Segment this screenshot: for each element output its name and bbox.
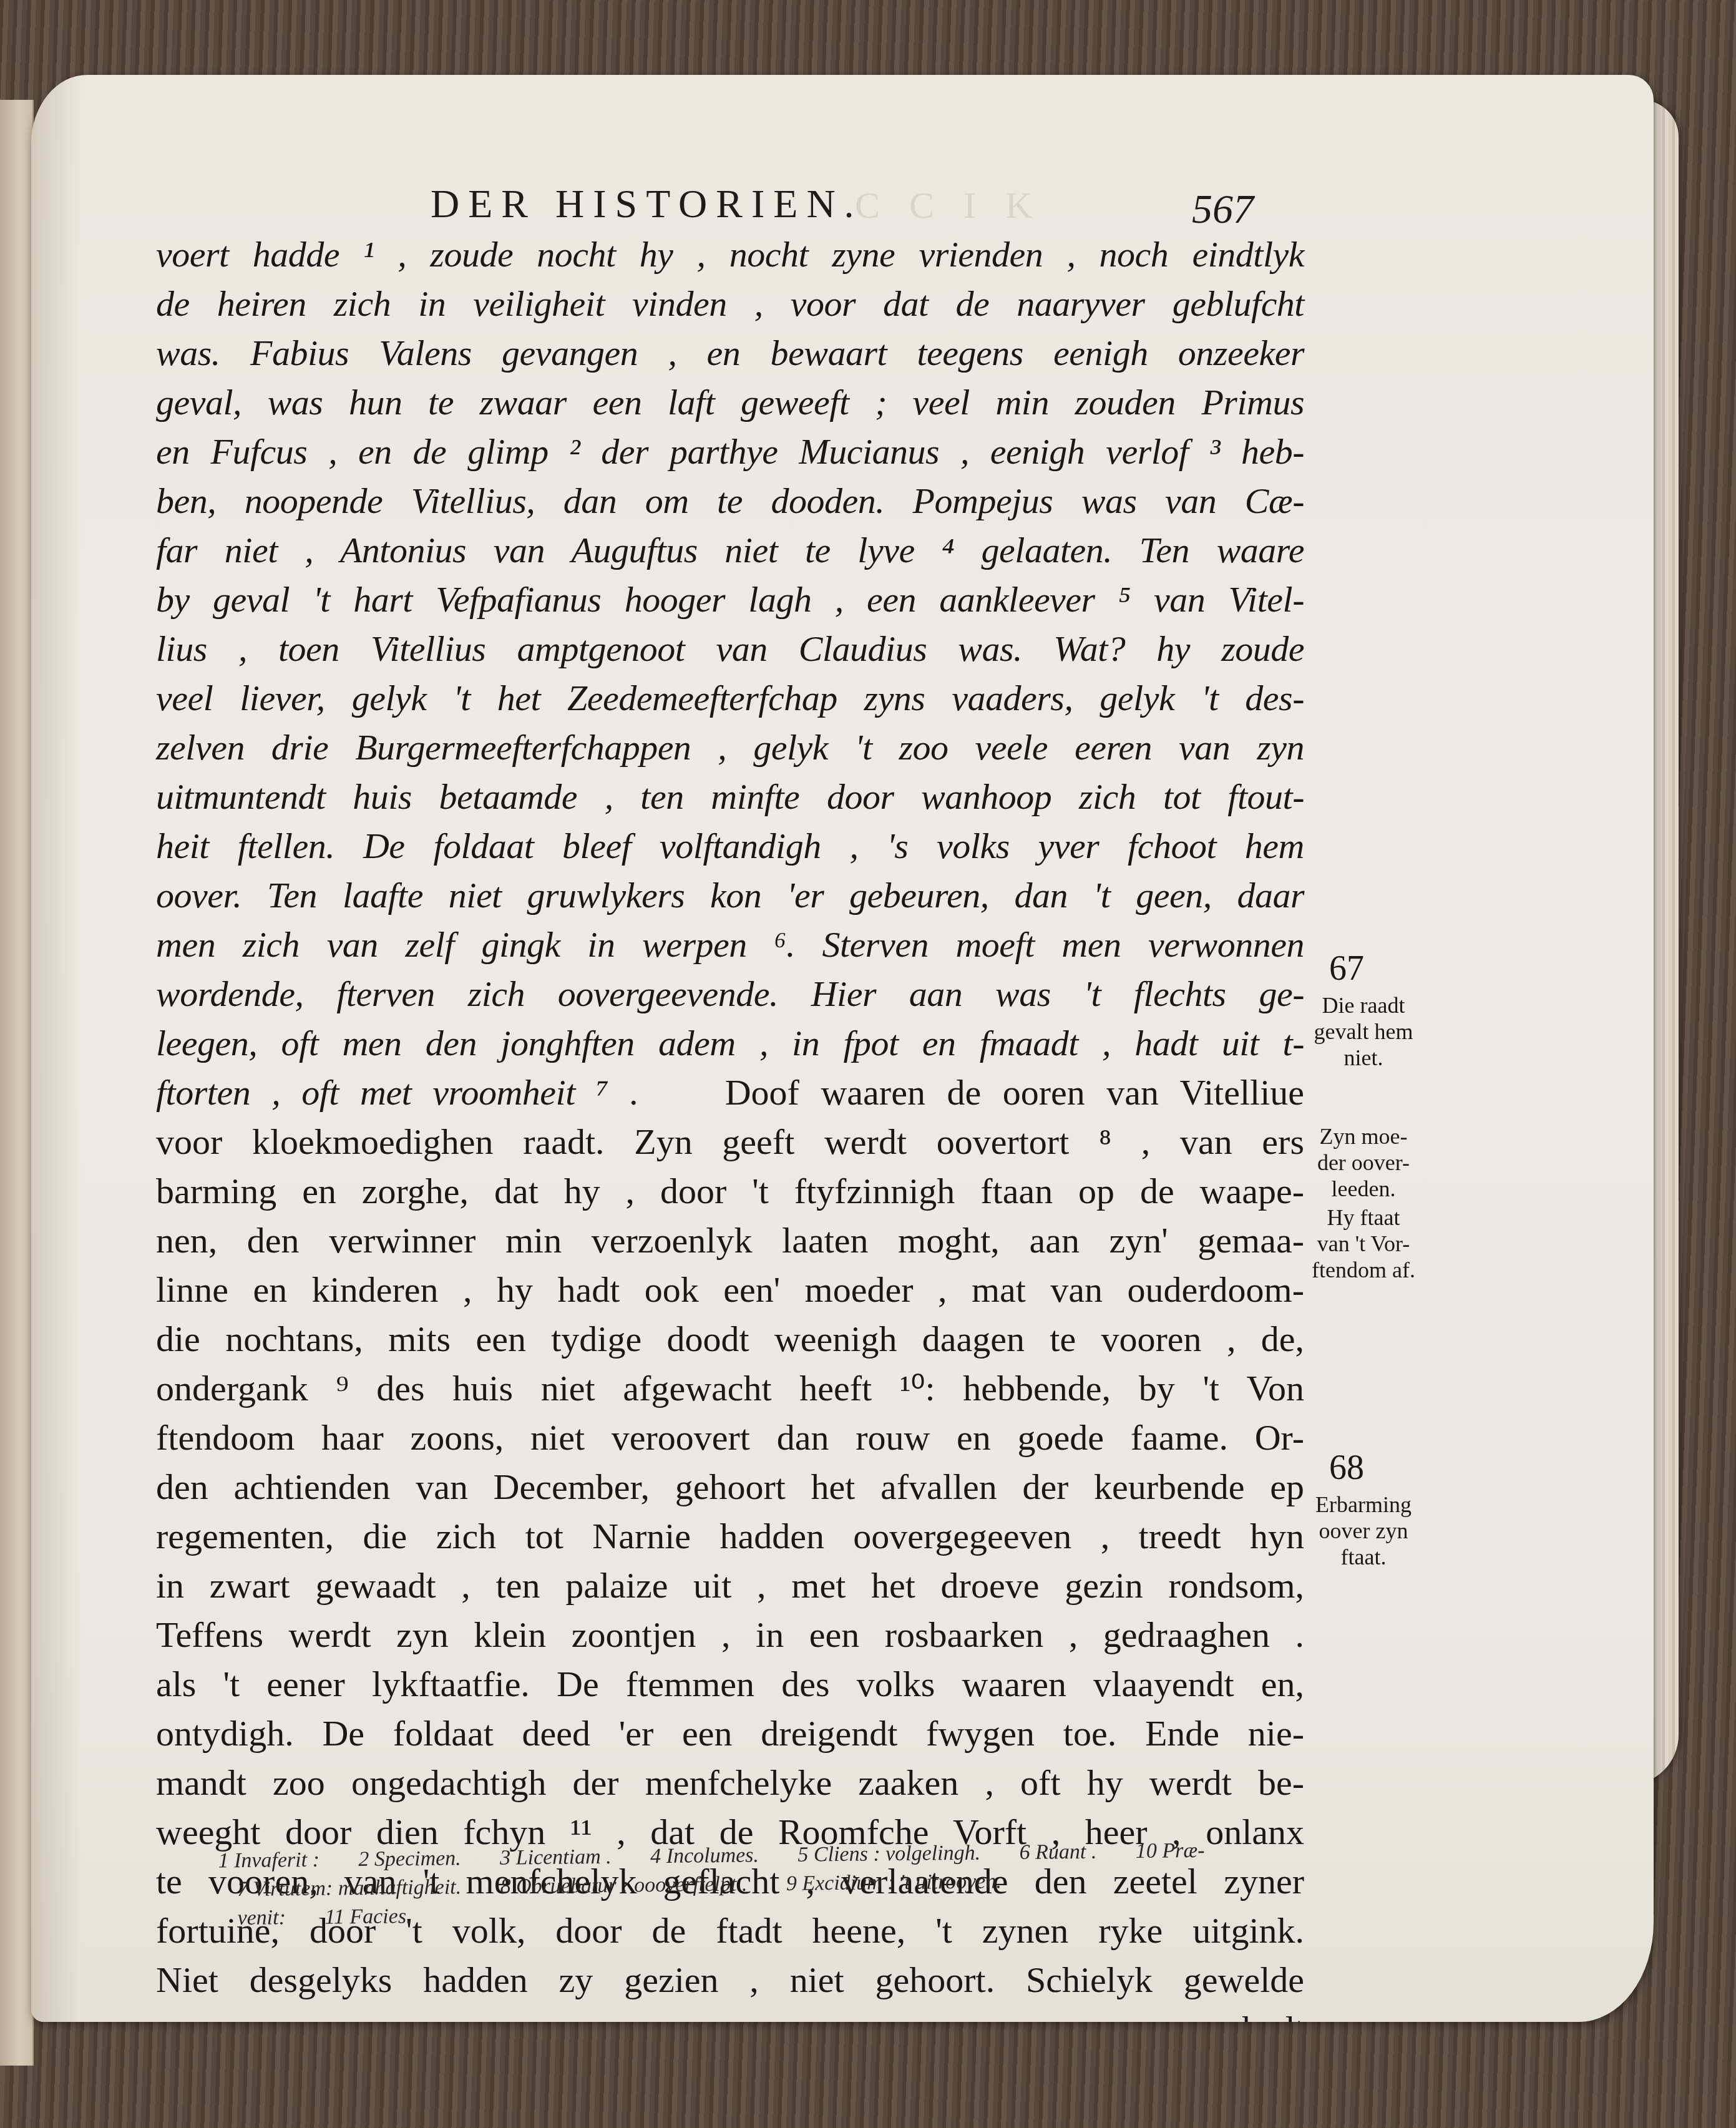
text-line: voor kloekmoedighen raadt. Zyn geeft wer…	[156, 1117, 1304, 1166]
text-line: in zwart gewaadt , ten palaize uit , met…	[156, 1561, 1304, 1610]
main-text-block: voert hadde ¹ , zoude nocht hy , nocht z…	[156, 230, 1304, 2022]
text-line: zelven drie Burgermeefterfchappen , gely…	[156, 723, 1304, 772]
footnote: 10 Præ-	[1136, 1839, 1205, 1863]
text-line: die nochtans, mits een tydige doodt ween…	[156, 1314, 1304, 1364]
text-line: barming en zorghe, dat hy , door 't ftyf…	[156, 1166, 1304, 1216]
footnote: 3 Licentiam .	[500, 1845, 612, 1870]
margin-note-line: ftaat.	[1292, 1544, 1435, 1570]
margin-note-line: Die raadt	[1292, 992, 1435, 1018]
footnote: 7 Virtutem: manhaftigheit.	[237, 1875, 462, 1901]
margin-note-line: van 't Vor-	[1292, 1231, 1435, 1257]
text-line: regementen, die zich tot Narnie hadden o…	[156, 1511, 1304, 1561]
text-line: de heiren zich in veiligheit vinden , vo…	[156, 279, 1304, 328]
text-line: by geval 't hart Vefpafianus hooger lagh…	[156, 575, 1304, 624]
text-line: Niet desgelyks hadden zy gezien , niet g…	[156, 1955, 1304, 2004]
text-line: lius , toen Vitellius amptgenoot van Cla…	[156, 624, 1304, 673]
margin-note-line: Erbarming	[1292, 1491, 1435, 1518]
footnote: 11 Facies.	[324, 1905, 411, 1928]
text-line: als 't eener lykftaatfie. De ftemmen des…	[156, 1659, 1304, 1709]
text-line: ben, noopende Vitellius, dan om te doode…	[156, 476, 1304, 525]
text-line: veel liever, gelyk 't het Zeedemeefterfc…	[156, 673, 1304, 723]
margin-note: Hy ftaat van 't Vor- ftendom af.	[1292, 1204, 1435, 1283]
text-line: far niet , Antonius van Auguftus niet te…	[156, 525, 1304, 575]
text-line: en Fufcus , en de glimp ² der parthye Mu…	[156, 427, 1304, 476]
text-line: voert hadde ¹ , zoude nocht hy , nocht z…	[156, 230, 1304, 279]
text-line: wordende, fterven zich oovergeevende. Hi…	[156, 969, 1304, 1018]
text-line: ondergank ⁹ des huis niet afgewacht heef…	[156, 1364, 1304, 1413]
margin-note: Die raadt gevalt hem niet.	[1292, 992, 1435, 1071]
footnote: 9 Excidium : 't uitrooyen.	[786, 1870, 1002, 1895]
text-line: den achtienden van December, gehoort het…	[156, 1462, 1304, 1511]
margin-note-line: gevalt hem	[1292, 1018, 1435, 1045]
margin-note-line: leeden.	[1292, 1176, 1435, 1202]
margin-note: Erbarming oover zyn ftaat.	[1292, 1491, 1435, 1570]
margin-note: Zyn moe- der oover- leeden.	[1292, 1123, 1435, 1202]
catchword: hadt	[156, 2004, 1304, 2022]
text-line: was. Fabius Valens gevangen , en bewaart…	[156, 328, 1304, 378]
text-line: Teffens werdt zyn klein zoontjen , in ee…	[156, 1610, 1304, 1659]
footnote: 1 Invaferit :	[218, 1848, 319, 1873]
section-number: 68	[1329, 1448, 1364, 1488]
book-page: C C I K DER HISTORIEN. 567 voert hadde ¹…	[31, 75, 1654, 2022]
page-number: 567	[1192, 186, 1254, 233]
text-line: mandt zoo ongedachtigh der menfchelyke z…	[156, 1758, 1304, 1807]
text-roman-part: Doof waaren de ooren van Vitelliue	[725, 1072, 1304, 1113]
facing-page-edge	[0, 100, 34, 2066]
text-italic-part: ftorten , oft met vroomheit ⁷ .	[156, 1072, 639, 1113]
text-line: heit ftellen. De foldaat bleef volftandi…	[156, 821, 1304, 871]
text-line: linne en kinderen , hy hadt ook een' moe…	[156, 1265, 1304, 1314]
margin-note-line: niet.	[1292, 1045, 1435, 1071]
text-line: leegen, oft men den jonghften adem , in …	[156, 1018, 1304, 1068]
margin-note-line: Hy ftaat	[1292, 1204, 1435, 1231]
text-line: uitmuntendt huis betaamde , ten minfte d…	[156, 772, 1304, 821]
section-number: 67	[1329, 949, 1364, 988]
text-line: ontydigh. De foldaat deed 'er een dreige…	[156, 1709, 1304, 1758]
footnote: 6 Ruant .	[1019, 1840, 1096, 1864]
text-line: geval, was hun te zwaar een laft geweeft…	[156, 378, 1304, 427]
margin-note-line: ftendom af.	[1292, 1257, 1435, 1283]
footnotes: 1 Invaferit : 2 Specimen. 3 Licentiam . …	[218, 1835, 1342, 1933]
text-line: ftendoom haar zoons, niet veroovert dan …	[156, 1413, 1304, 1462]
margin-note-line: oover zyn	[1292, 1518, 1435, 1544]
text-line: oover. Ten laafte niet gruwlykers kon 'e…	[156, 871, 1304, 920]
footnote: 4 Incolumes.	[650, 1843, 759, 1868]
text-line: men zich van zelf gingk in werpen ⁶. Ste…	[156, 920, 1304, 969]
footnote: 5 Cliens : volgelingh.	[797, 1842, 980, 1867]
footnote: 8 Obruebatur : oooverftelpt .	[500, 1873, 747, 1898]
margin-note-line: Zyn moe-	[1292, 1123, 1435, 1149]
text-line-mixed: ftorten , oft met vroomheit ⁷ . Doof waa…	[156, 1068, 1304, 1117]
margin-note-line: der oover-	[1292, 1149, 1435, 1176]
footnote: 2 Specimen.	[358, 1847, 461, 1871]
footnote: venit:	[237, 1906, 286, 1930]
text-line: nen, den verwinner min verzoenlyk laaten…	[156, 1216, 1304, 1265]
